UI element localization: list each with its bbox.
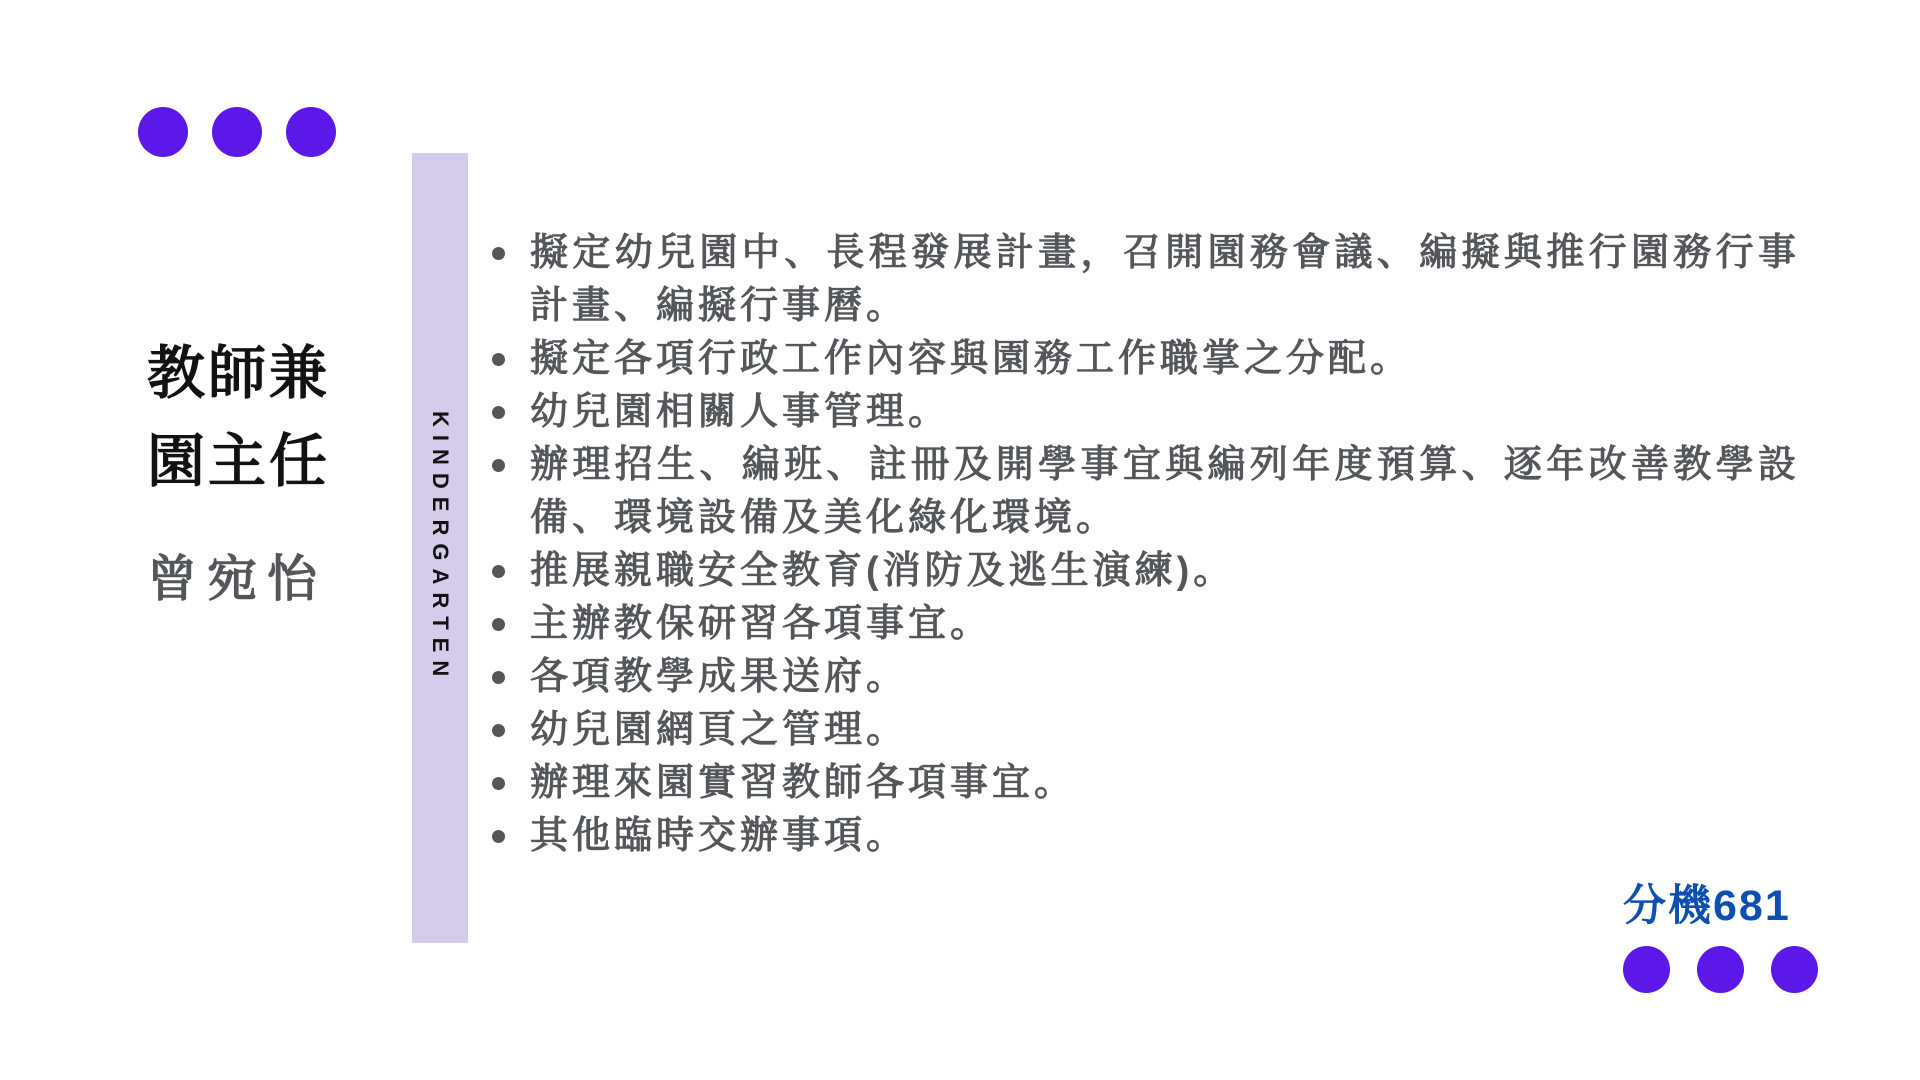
decorative-dot bbox=[138, 107, 188, 157]
decorative-dot bbox=[1697, 946, 1744, 993]
duty-item: 辦理來園實習教師各項事宜。 bbox=[492, 757, 1800, 810]
side-bar: KINDERGARTEN bbox=[412, 153, 468, 943]
duty-item: 幼兒園網頁之管理。 bbox=[492, 704, 1800, 757]
duty-item: 辦理招生、編班、註冊及開學事宜與編列年度預算、逐年改善教學設備、環境設備及美化綠… bbox=[492, 439, 1800, 545]
duty-item: 其他臨時交辦事項。 bbox=[492, 810, 1800, 863]
duty-item: 推展親職安全教育(消防及逃生演練)。 bbox=[492, 545, 1800, 598]
duty-item: 擬定各項行政工作內容與園務工作職掌之分配。 bbox=[492, 333, 1800, 386]
duty-item: 主辦教保研習各項事宜。 bbox=[492, 598, 1800, 651]
decorative-dot bbox=[1771, 946, 1818, 993]
side-bar-label: KINDERGARTEN bbox=[427, 411, 453, 684]
duty-item: 擬定幼兒園中、長程發展計畫，召開園務會議、編擬與推行園務行事計畫、編擬行事曆。 bbox=[492, 227, 1800, 333]
decorative-dot bbox=[286, 107, 336, 157]
person-name: 曾宛怡 bbox=[147, 554, 330, 604]
role-title-line-1: 教師兼 bbox=[147, 330, 330, 418]
decorative-dot bbox=[212, 107, 262, 157]
duty-item: 各項教學成果送府。 bbox=[492, 651, 1800, 704]
bottom-decorative-dots bbox=[1623, 946, 1818, 993]
duties-list: 擬定幼兒園中、長程發展計畫，召開園務會議、編擬與推行園務行事計畫、編擬行事曆。擬… bbox=[492, 227, 1800, 863]
extension-number: 分機681 bbox=[1623, 872, 1791, 933]
duty-item: 幼兒園相關人事管理。 bbox=[492, 386, 1800, 439]
decorative-dot bbox=[1623, 946, 1670, 993]
top-decorative-dots bbox=[138, 107, 336, 157]
profile-block: 教師兼 園主任 曾宛怡 bbox=[147, 330, 330, 604]
role-title-line-2: 園主任 bbox=[147, 418, 330, 506]
